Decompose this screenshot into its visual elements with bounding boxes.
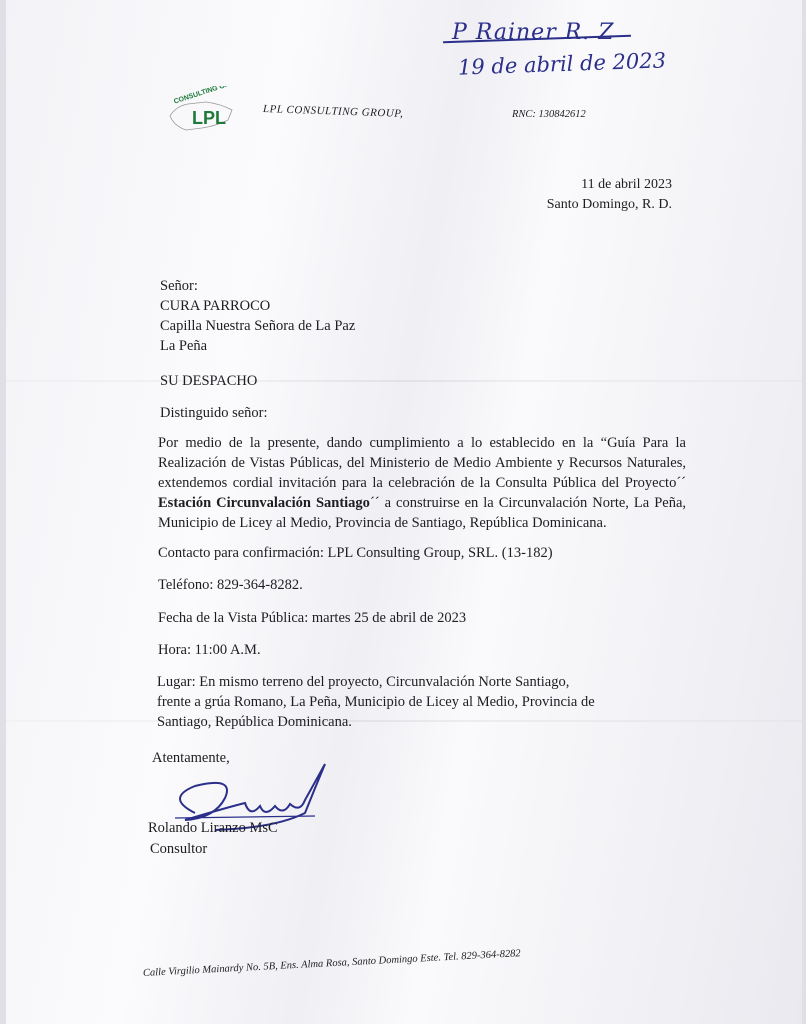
paragraph-intro: Por medio de la presente, dando cumplimi… bbox=[158, 435, 686, 491]
rnc-number: RNC: 130842612 bbox=[512, 109, 586, 120]
addressee-institution: Capilla Nuestra Señora de La Paz bbox=[160, 316, 355, 336]
signer-name: Rolando Liranzo MsC bbox=[148, 818, 278, 838]
addressee-name: CURA PARROCO bbox=[160, 296, 355, 316]
invitation-paragraph: Por medio de la presente, dando cumplimi… bbox=[158, 433, 686, 533]
company-logo-icon: CONSULTING GROUP LPL bbox=[166, 86, 236, 132]
project-name: Estación Circunvalación Santiago bbox=[158, 495, 370, 511]
salutation: Señor: bbox=[160, 276, 355, 296]
letter-date: 11 de abril 2023 bbox=[547, 175, 672, 195]
addressee-block: Señor: CURA PARROCO Capilla Nuestra Seño… bbox=[160, 276, 355, 356]
signer-title: Consultor bbox=[150, 839, 207, 859]
date-block: 11 de abril 2023 Santo Domingo, R. D. bbox=[547, 175, 672, 215]
svg-text:LPL: LPL bbox=[192, 108, 226, 128]
paper-crease bbox=[6, 380, 802, 382]
event-date-line: Fecha de la Vista Pública: martes 25 de … bbox=[158, 608, 466, 628]
greeting: Distinguido señor: bbox=[160, 403, 268, 423]
contact-line: Contacto para confirmación: LPL Consulti… bbox=[158, 543, 553, 563]
time-line: Hora: 11:00 A.M. bbox=[158, 640, 261, 660]
letter-place: Santo Domingo, R. D. bbox=[547, 195, 672, 215]
place-line: Lugar: En mismo terreno del proyecto, Ci… bbox=[157, 672, 597, 732]
svg-text:CONSULTING GROUP: CONSULTING GROUP bbox=[173, 86, 236, 106]
phone-line: Teléfono: 829-364-8282. bbox=[158, 575, 303, 595]
addressee-location: La Peña bbox=[160, 336, 355, 356]
office-line: SU DESPACHO bbox=[160, 371, 257, 391]
